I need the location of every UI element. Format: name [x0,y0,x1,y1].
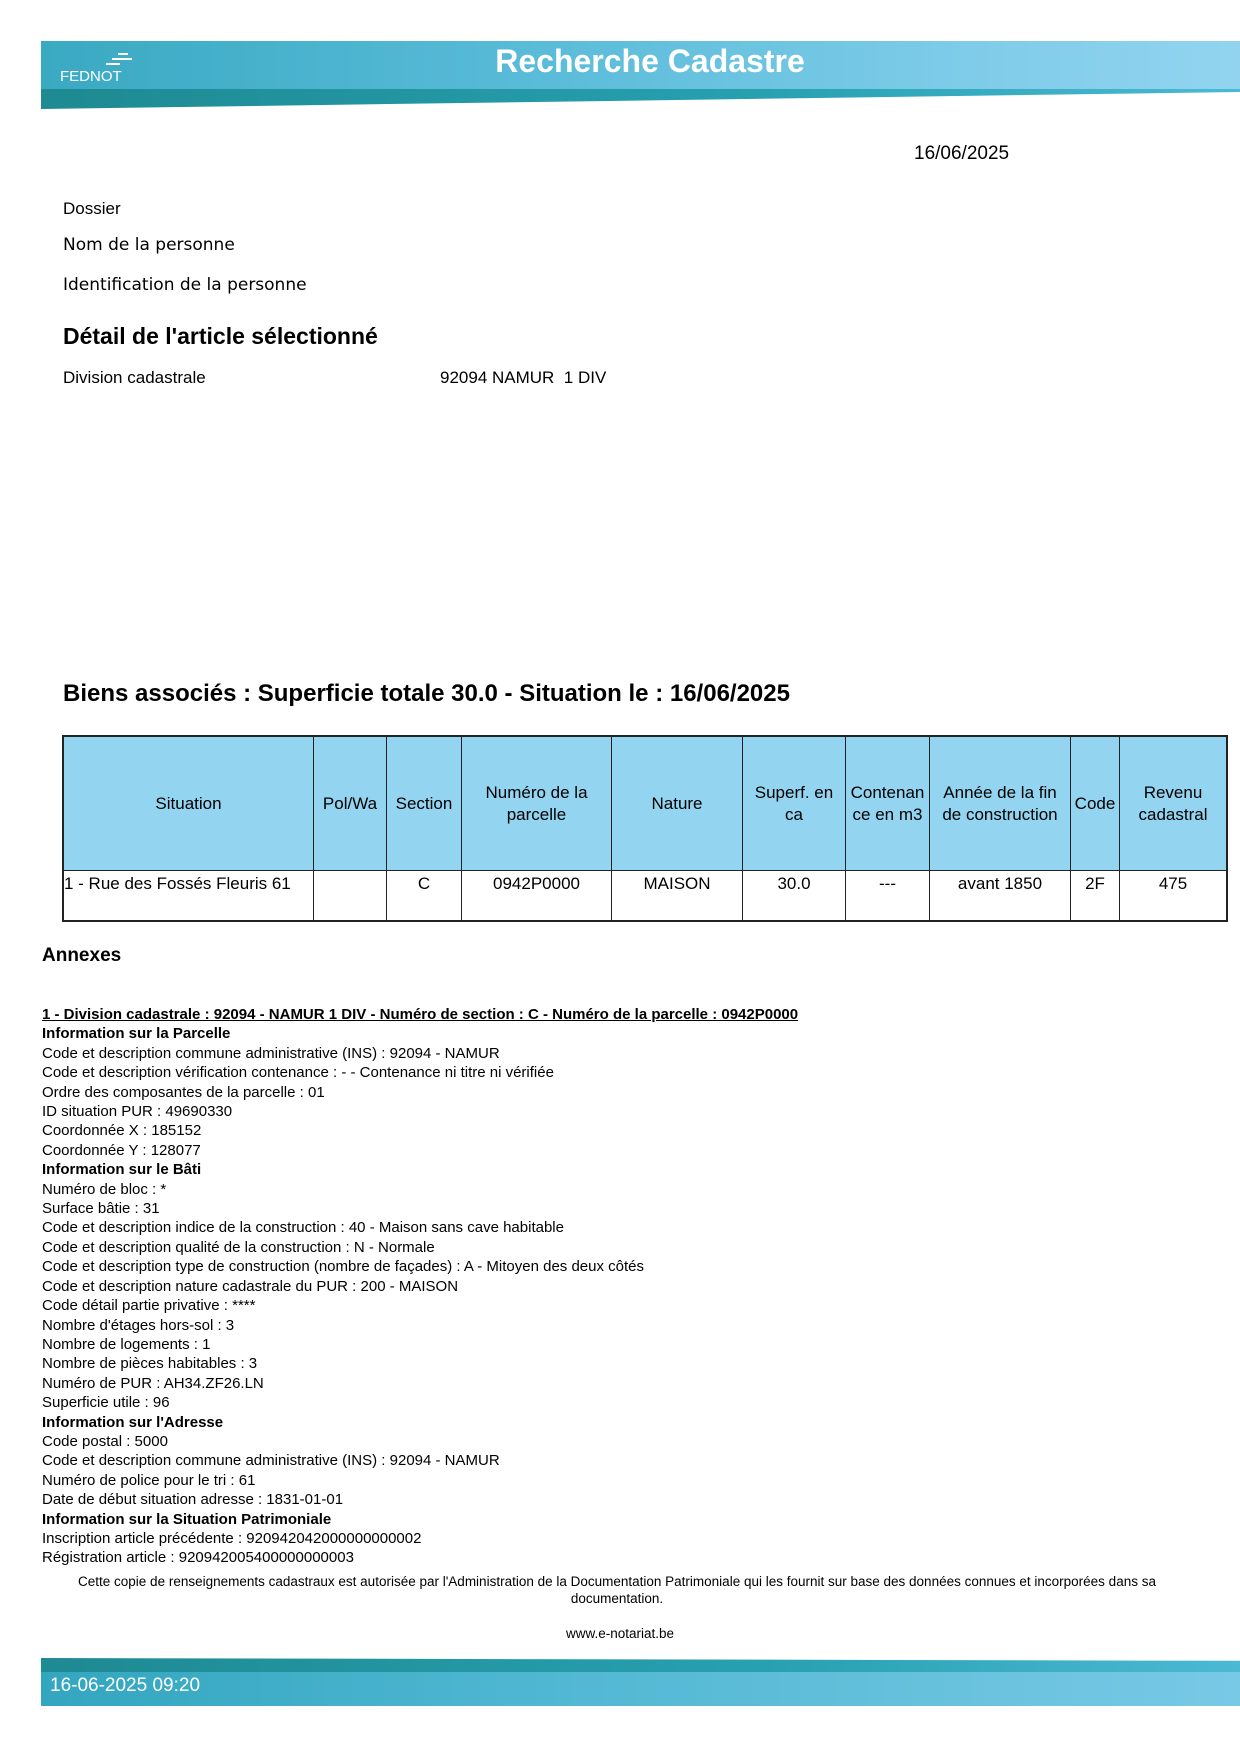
cell-situation: 1 - Rue des Fossés Fleuris 61 [63,871,314,922]
annex-line: Numéro de bloc : * [42,1180,798,1199]
page-title: Recherche Cadastre [0,43,1240,80]
footer-band [41,1670,1240,1706]
biens-table: Situation Pol/Wa Section Numéro de la pa… [62,735,1228,922]
annex-line: ID situation PUR : 49690330 [42,1102,798,1121]
document-date: 16/06/2025 [914,143,1009,165]
cell-contenance: --- [846,871,930,922]
cell-section: C [387,871,462,922]
col-pol-wa: Pol/Wa [314,736,387,871]
annex-line: Ordre des composantes de la parcelle : 0… [42,1083,798,1102]
cell-nature: MAISON [612,871,743,922]
table-header-row: Situation Pol/Wa Section Numéro de la pa… [63,736,1227,871]
annex-line: Code et description nature cadastrale du… [42,1277,798,1296]
col-code: Code [1071,736,1120,871]
header-banner: FEDNOT Recherche Cadastre [41,41,1240,109]
col-annee-construction: Année de la fin de construction [930,736,1071,871]
annex-lines: Information sur la ParcelleCode et descr… [42,1024,798,1567]
dossier-label: Dossier [63,199,121,219]
col-situation: Situation [63,736,314,871]
annex-line: Nombre de logements : 1 [42,1335,798,1354]
col-superficie: Superf. en ca [743,736,846,871]
annex-subheading: Information sur l'Adresse [42,1413,798,1432]
cell-pol-wa [314,871,387,922]
cell-revenu-cadastral: 475 [1120,871,1228,922]
person-name-label: Nom de la personne [63,235,235,255]
division-value: 92094 NAMUR 1 DIV [440,368,606,388]
disclaimer-text: Cette copie de renseignements cadastraux… [42,1573,1192,1607]
col-contenance: Contenance en m3 [846,736,930,871]
annex-line: Nombre de pièces habitables : 3 [42,1354,798,1373]
annex-line: Code et description commune administrati… [42,1451,798,1470]
col-nature: Nature [612,736,743,871]
person-id-label: Identification de la personne [63,275,307,295]
annex-line: Coordonnée X : 185152 [42,1121,798,1140]
annex-subheading: Information sur la Parcelle [42,1024,798,1043]
annexes-title: Annexes [42,945,121,967]
annex-block: 1 - Division cadastrale : 92094 - NAMUR … [42,1005,798,1568]
annex-line: Régistration article : 92094200540000000… [42,1548,798,1567]
annex-line: Code et description indice de la constru… [42,1218,798,1237]
cell-code: 2F [1071,871,1120,922]
table-row: 1 - Rue des Fossés Fleuris 61 C 0942P000… [63,871,1227,922]
annex-subheading: Information sur le Bâti [42,1160,798,1179]
annex-line: Numéro de police pour le tri : 61 [42,1471,798,1490]
annex-line: Date de début situation adresse : 1831-0… [42,1490,798,1509]
footer-accent-wedge [41,1658,1240,1672]
annex-line: Code et description type de construction… [42,1257,798,1276]
annex-subheading: Information sur la Situation Patrimonial… [42,1510,798,1529]
footer-banner: 16-06-2025 09:20 [41,1658,1240,1706]
annex-line: Code et description vérification contena… [42,1063,798,1082]
annex-line: Superficie utile : 96 [42,1393,798,1412]
col-section: Section [387,736,462,871]
biens-section-title: Biens associés : Superficie totale 30.0 … [63,680,790,708]
cell-superficie: 30.0 [743,871,846,922]
annex-line: Code et description commune administrati… [42,1044,798,1063]
detail-section-title: Détail de l'article sélectionné [63,323,378,350]
footer-timestamp: 16-06-2025 09:20 [50,1675,200,1697]
cell-annee-construction: avant 1850 [930,871,1071,922]
col-revenu-cadastral: Revenu cadastral [1120,736,1228,871]
annex-line: Code détail partie privative : **** [42,1296,798,1315]
annex-line: Code et description qualité de la constr… [42,1238,798,1257]
annex-line: Code postal : 5000 [42,1432,798,1451]
col-numero-parcelle: Numéro de la parcelle [462,736,612,871]
annex-heading: 1 - Division cadastrale : 92094 - NAMUR … [42,1005,798,1024]
website-link[interactable]: www.e-notariat.be [0,1626,1240,1641]
annex-line: Coordonnée Y : 128077 [42,1141,798,1160]
annex-line: Nombre d'étages hors-sol : 3 [42,1316,798,1335]
cell-numero-parcelle: 0942P0000 [462,871,612,922]
header-accent-wedge [41,89,1240,109]
annex-line: Surface bâtie : 31 [42,1199,798,1218]
annex-line: Inscription article précédente : 9209420… [42,1529,798,1548]
division-label: Division cadastrale [63,368,206,388]
annex-line: Numéro de PUR : AH34.ZF26.LN [42,1374,798,1393]
